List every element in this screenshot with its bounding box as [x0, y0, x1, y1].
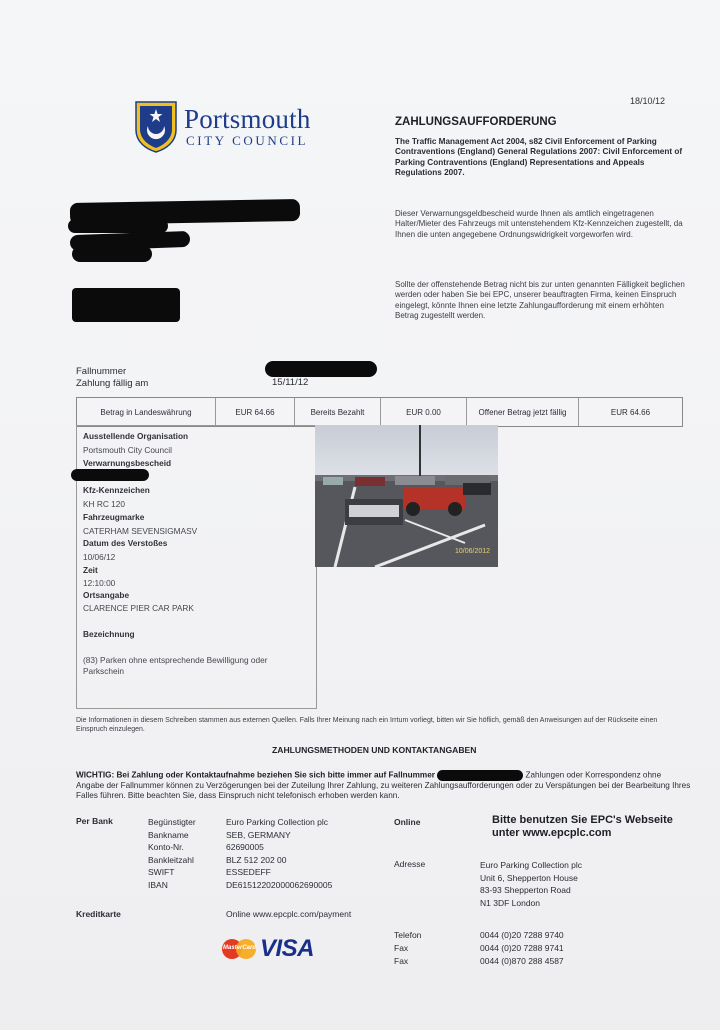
redacted-notice-number — [71, 469, 149, 481]
description-value: (83) Parken ohne entsprechende Bewilligu… — [83, 655, 303, 677]
payment-section-title: ZAHLUNGSMETHODEN UND KONTAKTANGABEN — [272, 745, 477, 755]
mastercard-logo-icon: MasterCard — [222, 938, 258, 960]
time-label: Zeit — [83, 565, 98, 575]
notice-heading: ZAHLUNGSAUFFORDERUNG — [395, 116, 557, 128]
address-line-2: Unit 6, Shepperton House — [480, 872, 582, 885]
website-note: Bitte benutzen Sie EPC's Webseite unter … — [492, 814, 673, 840]
council-shield-icon — [134, 100, 178, 154]
bank-keys: Begünstigter Bankname Konto-Nr. Bankleit… — [148, 816, 196, 891]
violation-details: Ausstellende Organisation Portsmouth Cit… — [76, 425, 317, 709]
bank-value-swift: ESSEDEFF — [226, 866, 332, 879]
date-label: Datum des Verstoßes — [83, 538, 167, 548]
violation-photo: 10/06/2012 — [315, 425, 498, 567]
contact-values: 0044 (0)20 7288 9740 0044 (0)20 7288 974… — [480, 929, 564, 968]
bank-value-blz: BLZ 512 202 00 — [226, 854, 332, 867]
issuer-value: Portsmouth City Council — [83, 445, 172, 455]
notice-paragraph-2: Sollte der offenstehende Betrag nicht bi… — [395, 280, 685, 322]
paid-label: Bereits Bezahlt — [295, 398, 381, 426]
bank-key-blz: Bankleitzahl — [148, 854, 196, 867]
location-label: Ortsangabe — [83, 590, 129, 600]
make-value: CATERHAM SEVENSIGMASV — [83, 526, 197, 536]
issuer-label: Ausstellende Organisation — [83, 431, 188, 441]
redacted-address-block — [72, 288, 180, 322]
bank-key-swift: SWIFT — [148, 866, 196, 879]
time-value: 12:10:00 — [83, 578, 115, 588]
bank-key-account: Konto-Nr. — [148, 841, 196, 854]
website-note-line1: Bitte benutzen Sie EPC's Webseite — [492, 814, 673, 827]
penalty-notice-page: 18/10/12 Portsmouth CITY COUNCIL ZAHLUNG… — [0, 0, 720, 1030]
phone-label: Telefon — [394, 929, 421, 942]
bank-value-account: 62690005 — [226, 841, 332, 854]
credit-card-url[interactable]: Online www.epcplc.com/payment — [226, 909, 351, 919]
letter-date: 18/10/12 — [630, 96, 665, 106]
due-date-value: 15/11/12 — [272, 377, 308, 388]
location-value: CLARENCE PIER CAR PARK — [83, 603, 194, 613]
important-note: WICHTIG: Bei Zahlung oder Kontaktaufnahm… — [76, 770, 691, 802]
redacted-address-3 — [72, 246, 152, 262]
fax-value-2: 0044 (0)870 288 4587 — [480, 955, 564, 968]
visa-logo-icon: VISA — [260, 935, 314, 963]
fax-label-1: Fax — [394, 942, 421, 955]
website-note-line2[interactable]: unter www.epcplc.com — [492, 827, 673, 840]
due-date-label: Zahlung fällig am — [76, 378, 148, 389]
bank-value-bankname: SEB, GERMANY — [226, 829, 332, 842]
contact-keys: Telefon Fax Fax — [394, 929, 421, 968]
bank-values: Euro Parking Collection plc SEB, GERMANY… — [226, 816, 332, 891]
address-lines: Euro Parking Collection plc Unit 6, Shep… — [480, 859, 582, 909]
redacted-address-1 — [68, 219, 168, 233]
make-label: Fahrzeugmarke — [83, 512, 144, 522]
notice-paragraph-1: Dieser Verwarnungsgeldbescheid wurde Ihn… — [395, 209, 685, 240]
council-name: Portsmouth — [184, 104, 311, 135]
bank-value-beneficiary: Euro Parking Collection plc — [226, 816, 332, 829]
mastercard-text: MasterCard — [223, 945, 256, 951]
card-logos: MasterCard VISA — [222, 935, 314, 963]
address-line-4: N1 3DF London — [480, 897, 582, 910]
credit-card-label: Kreditkarte — [76, 909, 121, 919]
address-line-3: 83-93 Shepperton Road — [480, 884, 582, 897]
fax-value-1: 0044 (0)20 7288 9741 — [480, 942, 564, 955]
phone-value: 0044 (0)20 7288 9740 — [480, 929, 564, 942]
outstanding-label: Offener Betrag jetzt fällig — [467, 398, 579, 426]
bank-key-beneficiary: Begünstigter — [148, 816, 196, 829]
address-label: Adresse — [394, 859, 425, 869]
amount-table: Betrag in Landeswährung EUR 64.66 Bereit… — [76, 397, 683, 427]
bank-key-iban: IBAN — [148, 879, 196, 892]
local-currency-value: EUR 64.66 — [216, 398, 295, 426]
plate-value: KH RC 120 — [83, 499, 125, 509]
council-subtitle: CITY COUNCIL — [186, 133, 308, 149]
redacted-case-number — [265, 361, 377, 377]
case-number-label: Fallnummer — [76, 366, 126, 377]
photo-timestamp: 10/06/2012 — [455, 548, 490, 555]
important-prefix: WICHTIG: Bei Zahlung oder Kontaktaufnahm… — [76, 771, 435, 780]
plate-label: Kfz-Kennzeichen — [83, 485, 150, 495]
outstanding-value: EUR 64.66 — [579, 398, 682, 426]
legal-reference: The Traffic Management Act 2004, s82 Civ… — [395, 137, 685, 179]
bank-value-iban: DE61512202000062690005 — [226, 879, 332, 892]
paid-value: EUR 0.00 — [381, 398, 467, 426]
fax-label-2: Fax — [394, 955, 421, 968]
local-currency-label: Betrag in Landeswährung — [77, 398, 216, 426]
bank-label: Per Bank — [76, 816, 113, 826]
info-disclaimer: Die Informationen in diesem Schreiben st… — [76, 716, 686, 734]
description-label: Bezeichnung — [83, 629, 135, 639]
online-label: Online — [394, 817, 420, 827]
address-line-1: Euro Parking Collection plc — [480, 859, 582, 872]
date-value: 10/06/12 — [83, 552, 115, 562]
bank-key-bankname: Bankname — [148, 829, 196, 842]
notice-number-label: Verwarnungsbescheid — [83, 458, 171, 468]
redacted-case-number-ref — [437, 770, 523, 781]
